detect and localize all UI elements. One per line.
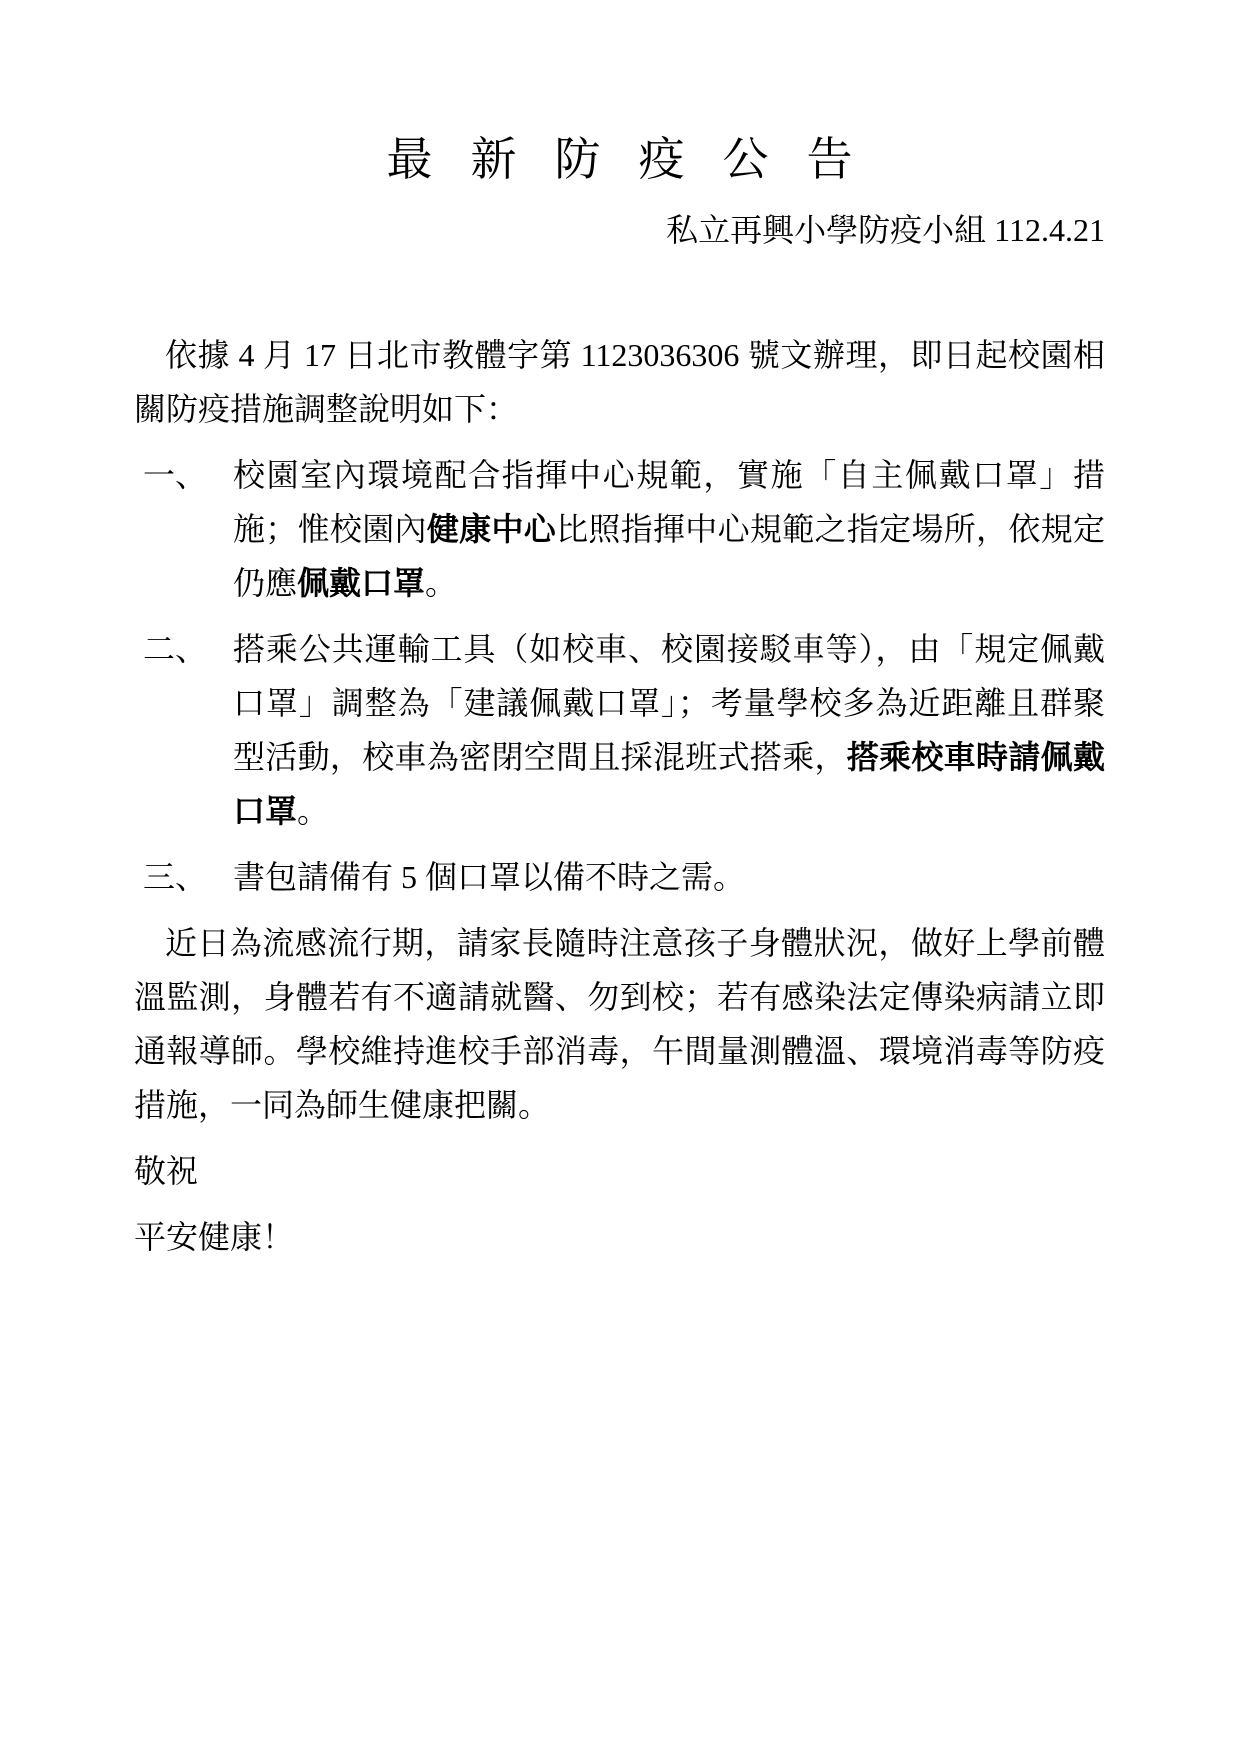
blessing-line: 平安健康！ — [134, 1210, 1105, 1264]
announcement-page: 最新防疫公告 私立再興小學防疫小組 112.4.21 依據 4 月 17 日北市… — [0, 0, 1241, 1755]
policy-item-3: 三、 書包請備有 5 個口罩以備不時之需。 — [134, 850, 1105, 904]
document-content: 最新防疫公告 私立再興小學防疫小組 112.4.21 依據 4 月 17 日北市… — [134, 0, 1105, 1264]
intro-paragraph: 依據 4 月 17 日北市教體字第 1123036306 號文辦理，即日起校園相… — [134, 328, 1105, 436]
list-content-2: 搭乘公共運輸工具（如校車、校園接駁車等），由「規定佩戴口罩」調整為「建議佩戴口罩… — [233, 622, 1105, 838]
list-marker-3: 三、 — [134, 850, 233, 904]
policy-item-1: 一、 校園室內環境配合指揮中心規範，實施「自主佩戴口罩」措施；惟校園內健康中心比… — [134, 448, 1105, 610]
list-marker-2: 二、 — [134, 622, 233, 838]
list-marker-1: 一、 — [134, 448, 233, 610]
byline: 私立再興小學防疫小組 112.4.21 — [134, 208, 1105, 252]
list-content-1: 校園室內環境配合指揮中心規範，實施「自主佩戴口罩」措施；惟校園內健康中心比照指揮… — [233, 448, 1105, 610]
document-title: 最新防疫公告 — [134, 128, 1105, 192]
policy-item-2: 二、 搭乘公共運輸工具（如校車、校園接駁車等），由「規定佩戴口罩」調整為「建議佩… — [134, 622, 1105, 838]
list-content-3: 書包請備有 5 個口罩以備不時之需。 — [233, 850, 1105, 904]
salutation: 敬祝 — [134, 1144, 1105, 1198]
flu-notice-paragraph: 近日為流感流行期，請家長隨時注意孩子身體狀況，做好上學前體溫監測，身體若有不適請… — [134, 916, 1105, 1132]
